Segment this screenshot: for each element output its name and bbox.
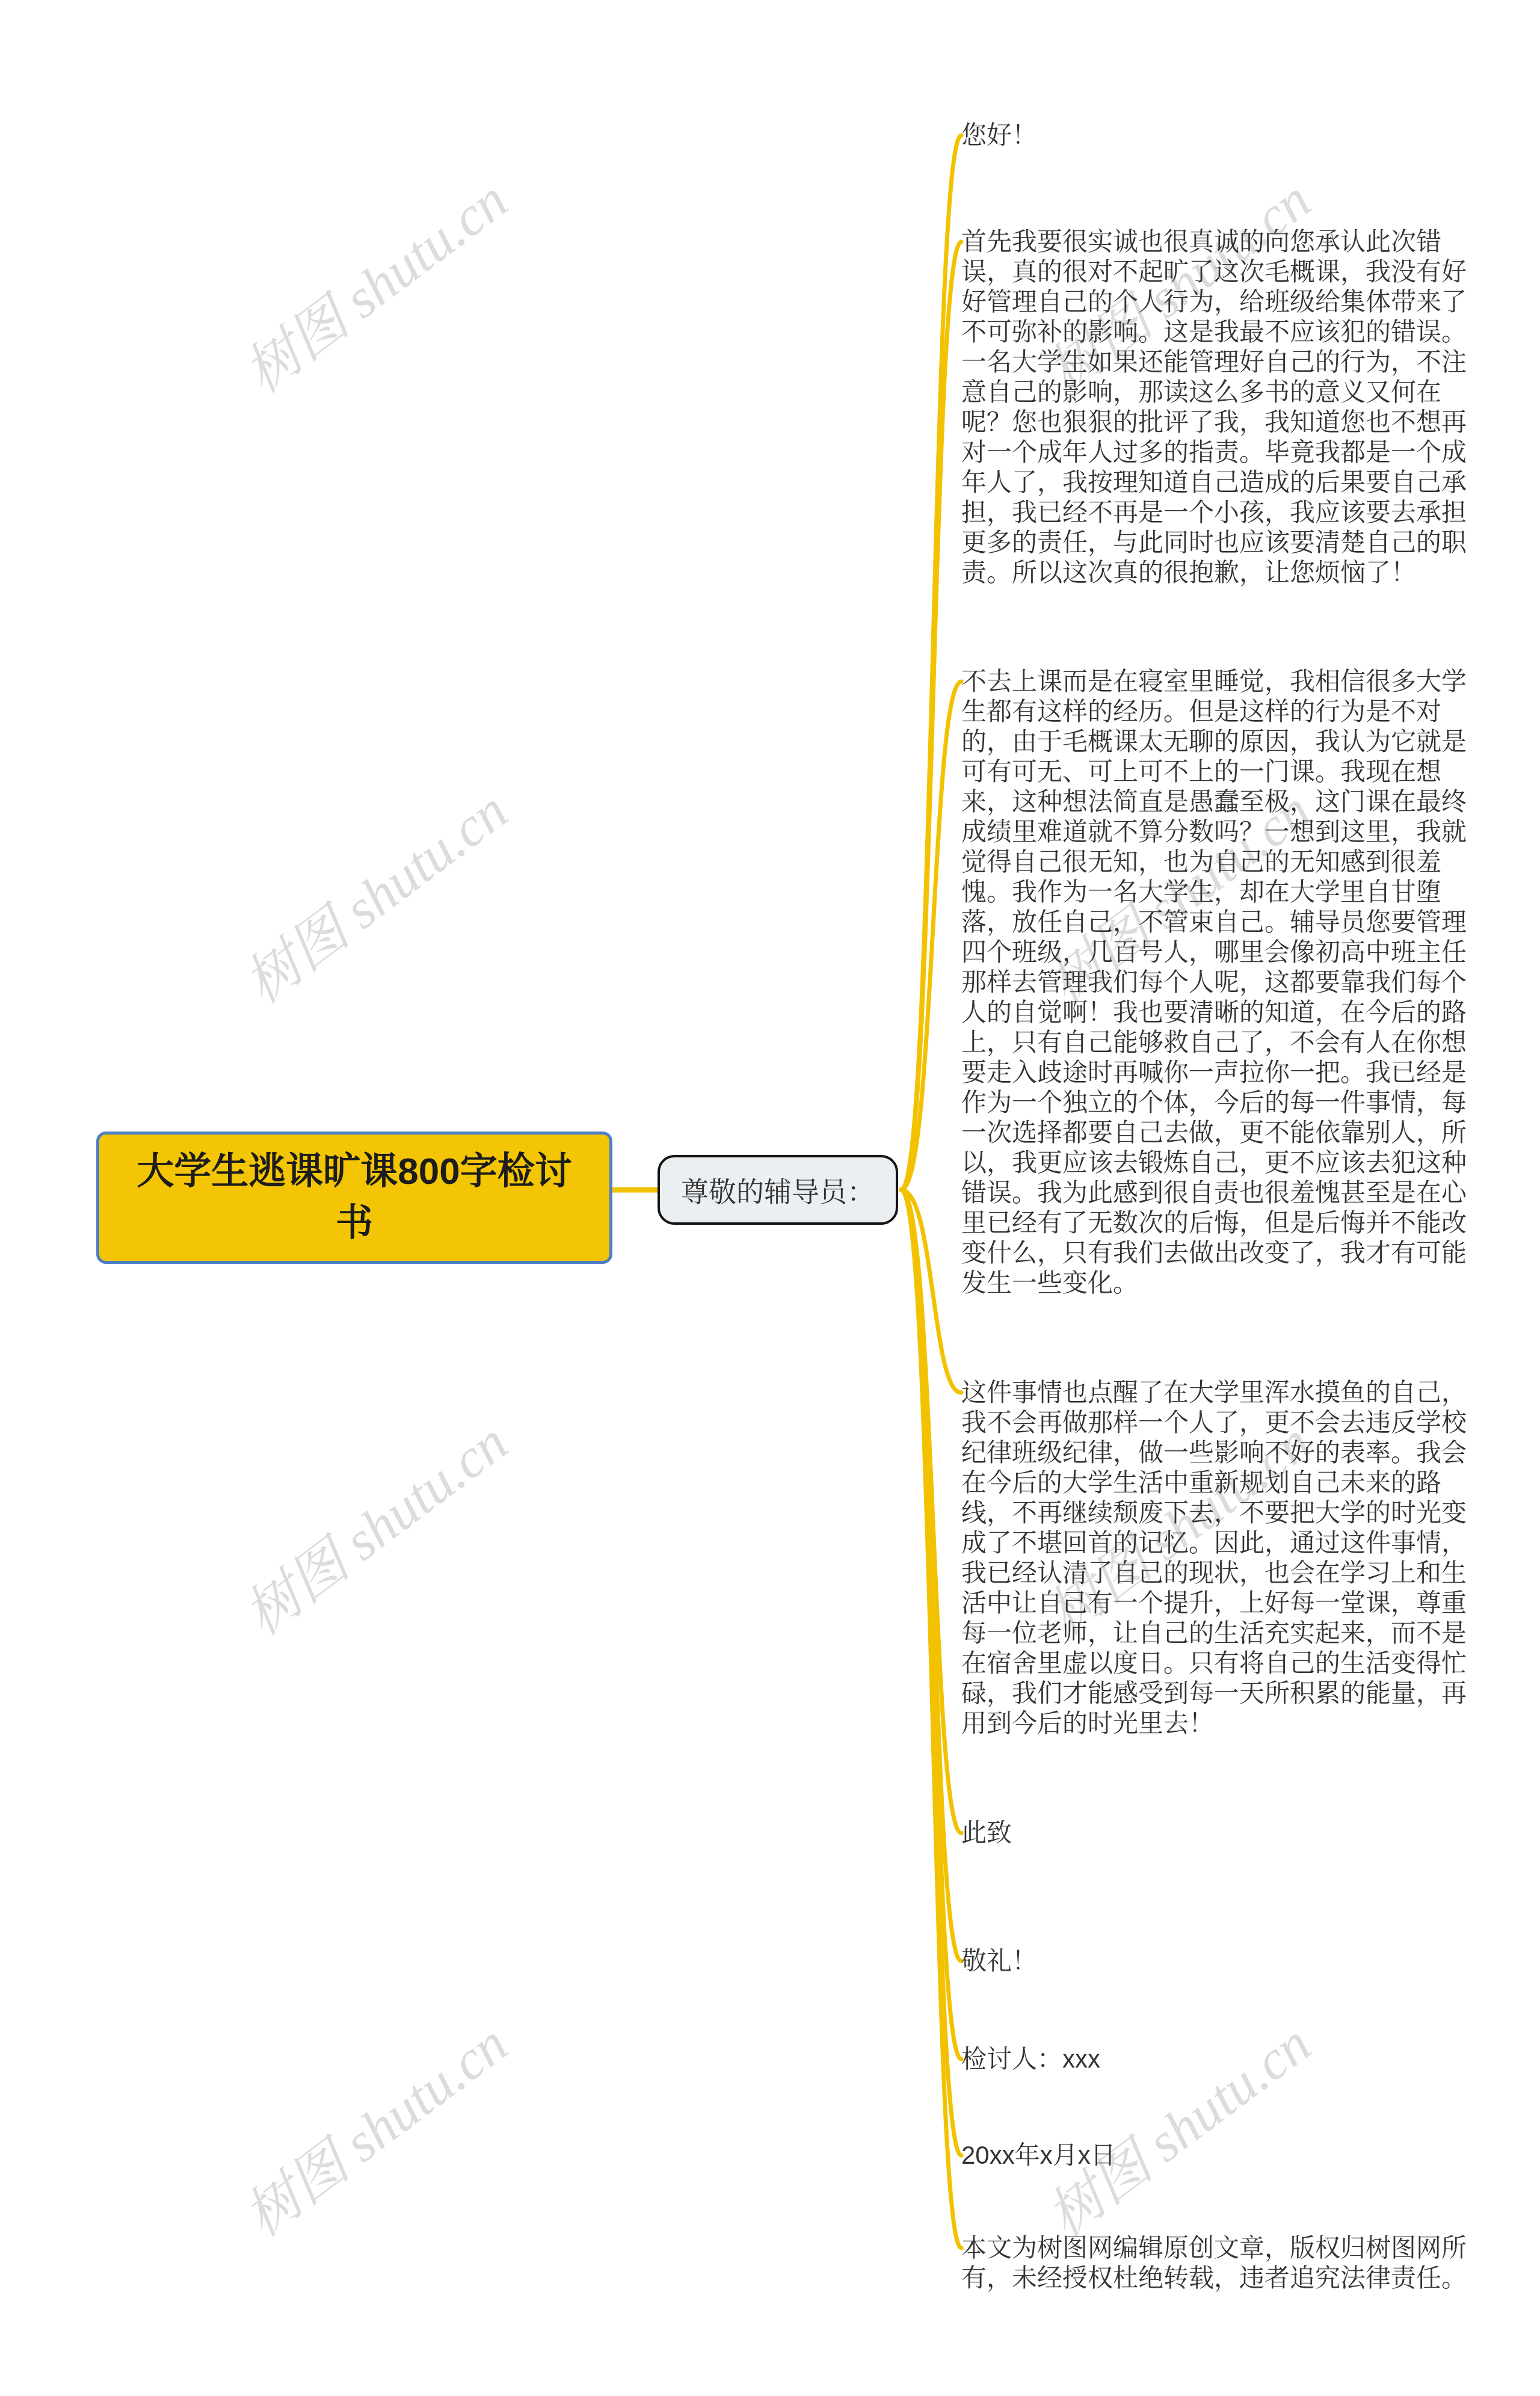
- signature-line: 检讨人：xxx: [961, 2044, 1483, 2074]
- paragraph-greeting: 您好！: [961, 120, 1483, 150]
- root-node: 尊敬的辅导员：: [658, 1155, 898, 1225]
- mindmap-title-node: 大学生逃课旷课800字检讨书: [96, 1132, 612, 1264]
- closing-cizhi: 此致: [961, 1818, 1483, 1848]
- closing-jingli: 敬礼！: [961, 1946, 1483, 1976]
- paragraph-apology: 首先我要很实诚也很真诚的向您承认此次错误，真的很对不起旷了这次毛概课，我没有好好…: [961, 227, 1483, 588]
- mindmap-page: 树图 shutu.cn 树图 shutu.cn 树图 shutu.cn 树图 s…: [0, 0, 1540, 2396]
- root-node-label: 尊敬的辅导员：: [681, 1170, 875, 1210]
- paragraph-reflection: 不去上课而是在寝室里睡觉，我相信很多大学生都有这样的经历。但是这样的行为是不对的…: [961, 667, 1483, 1298]
- paragraph-commitment: 这件事情也点醒了在大学里浑水摸鱼的自己，我不会再做那样一个人了，更不会去违反学校…: [961, 1378, 1483, 1738]
- date-line: 20xx年x月x日: [961, 2140, 1483, 2170]
- copyright-notice: 本文为树图网编辑原创文章，版权归树图网所有，未经授权杜绝转载，违者追究法律责任。: [961, 2233, 1483, 2293]
- page-title: 大学生逃课旷课800字检讨书: [127, 1146, 582, 1249]
